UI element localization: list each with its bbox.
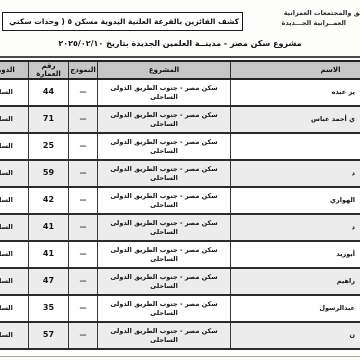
document-title: كشف الفائزين بالقرعة العلنية اليدوية مسك… bbox=[9, 17, 239, 26]
project-line1: سكن مصر - جنوب الطريق الدولى bbox=[98, 300, 230, 309]
table-body: يز عبده سكن مصر - جنوب الطريق الدولى الس… bbox=[0, 79, 360, 349]
column-header-project: المشروع bbox=[98, 61, 231, 79]
project-line2: الساحلى bbox=[98, 282, 230, 291]
table-row: يز عبده سكن مصر - جنوب الطريق الدولى الس… bbox=[0, 79, 360, 106]
winner-name-cell: ي أحمد عباس bbox=[231, 106, 360, 133]
project-line1: سكن مصر - جنوب الطريق الدولى bbox=[98, 219, 230, 228]
floor-cell: السا bbox=[0, 187, 29, 214]
project-cell: سكن مصر - جنوب الطريق الدولى الساحلى bbox=[98, 106, 231, 133]
project-line1: سكن مصر - جنوب الطريق الدولى bbox=[98, 273, 230, 282]
column-header-name: الاسم bbox=[231, 61, 360, 79]
table-row: أبوزيد سكن مصر - جنوب الطريق الدولى السا… bbox=[0, 241, 360, 268]
floor-cell: السا bbox=[0, 106, 29, 133]
table-row: سكن مصر - جنوب الطريق الدولى الساحلى — 2… bbox=[0, 133, 360, 160]
project-cell: سكن مصر - جنوب الطريق الدولى الساحلى bbox=[98, 214, 231, 241]
model-cell: — bbox=[69, 268, 98, 295]
project-cell: سكن مصر - جنوب الطريق الدولى الساحلى bbox=[98, 187, 231, 214]
floor-cell: السا bbox=[0, 322, 29, 349]
column-header-building: رقم العمارة bbox=[29, 61, 69, 79]
org-name-line1: افق والمجتمعات العمرانية bbox=[284, 9, 360, 17]
model-cell: — bbox=[69, 295, 98, 322]
building-number-cell: 71 bbox=[29, 106, 69, 133]
table-row: د سكن مصر - جنوب الطريق الدولى الساحلى —… bbox=[0, 160, 360, 187]
floor-cell: السا bbox=[0, 79, 29, 106]
table-row: ن سكن مصر - جنوب الطريق الدولى الساحلى —… bbox=[0, 322, 360, 349]
table-row: راهيم سكن مصر - جنوب الطريق الدولى الساح… bbox=[0, 268, 360, 295]
model-cell: — bbox=[69, 241, 98, 268]
project-cell: سكن مصر - جنوب الطريق الدولى الساحلى bbox=[98, 322, 231, 349]
model-cell: — bbox=[69, 79, 98, 106]
floor-cell: السا bbox=[0, 214, 29, 241]
project-line1: سكن مصر - جنوب الطريق الدولى bbox=[98, 84, 230, 93]
project-line2: الساحلى bbox=[98, 120, 230, 129]
project-line1: سكن مصر - جنوب الطريق الدولى bbox=[98, 327, 230, 336]
model-cell: — bbox=[69, 106, 98, 133]
project-line2: الساحلى bbox=[98, 228, 230, 237]
model-cell: — bbox=[69, 160, 98, 187]
winner-name-cell: يز عبده bbox=[231, 79, 360, 106]
project-line2: الساحلى bbox=[98, 93, 230, 102]
table-row: د سكن مصر - جنوب الطريق الدولى الساحلى —… bbox=[0, 214, 360, 241]
model-cell: — bbox=[69, 322, 98, 349]
project-line2: الساحلى bbox=[98, 309, 230, 318]
column-header-floor: الدور bbox=[0, 61, 29, 79]
page-bottom-rule bbox=[0, 356, 360, 357]
building-number-cell: 41 bbox=[29, 214, 69, 241]
project-subtitle: مشروع سكن مصر - مدينــة العلمين الجديدة … bbox=[0, 39, 360, 58]
project-cell: سكن مصر - جنوب الطريق الدولى الساحلى bbox=[98, 268, 231, 295]
building-number-cell: 35 bbox=[29, 295, 69, 322]
document-title-box: كشف الفائزين بالقرعة العلنية اليدوية مسك… bbox=[2, 12, 243, 31]
project-cell: سكن مصر - جنوب الطريق الدولى الساحلى bbox=[98, 160, 231, 187]
model-cell: — bbox=[69, 187, 98, 214]
floor-cell: السا bbox=[0, 133, 29, 160]
project-line1: سكن مصر - جنوب الطريق الدولى bbox=[98, 165, 230, 174]
winner-name-cell: د bbox=[231, 214, 360, 241]
building-number-cell: 25 bbox=[29, 133, 69, 160]
project-line1: سكن مصر - جنوب الطريق الدولى bbox=[98, 111, 230, 120]
building-number-cell: 44 bbox=[29, 79, 69, 106]
winner-name-cell: عبدالرسول bbox=[231, 295, 360, 322]
project-cell: سكن مصر - جنوب الطريق الدولى الساحلى bbox=[98, 241, 231, 268]
scanned-document-page: { "org": { "line1": "افق والمجتمعات العم… bbox=[0, 0, 360, 360]
project-line2: الساحلى bbox=[98, 201, 230, 210]
building-number-cell: 57 bbox=[29, 322, 69, 349]
project-line1: سكن مصر - جنوب الطريق الدولى bbox=[98, 246, 230, 255]
floor-cell: السا bbox=[0, 268, 29, 295]
winner-name-cell bbox=[231, 133, 360, 160]
model-cell: — bbox=[69, 133, 98, 160]
project-line2: الساحلى bbox=[98, 336, 230, 345]
building-number-cell: 59 bbox=[29, 160, 69, 187]
winners-table: الاسم المشروع النموذج رقم العمارة الدور … bbox=[0, 60, 360, 350]
project-line2: الساحلى bbox=[98, 255, 230, 264]
floor-cell: السا bbox=[0, 160, 29, 187]
model-cell: — bbox=[69, 214, 98, 241]
winner-name-cell: د bbox=[231, 160, 360, 187]
table-header-row: الاسم المشروع النموذج رقم العمارة الدور bbox=[0, 61, 360, 79]
project-line2: الساحلى bbox=[98, 147, 230, 156]
table-row: عبدالرسول سكن مصر - جنوب الطريق الدولى ا… bbox=[0, 295, 360, 322]
winner-name-cell: أبوزيد bbox=[231, 241, 360, 268]
project-cell: سكن مصر - جنوب الطريق الدولى الساحلى bbox=[98, 79, 231, 106]
project-cell: سكن مصر - جنوب الطريق الدولى الساحلى bbox=[98, 133, 231, 160]
project-line1: سكن مصر - جنوب الطريق الدولى bbox=[98, 192, 230, 201]
project-line2: الساحلى bbox=[98, 174, 230, 183]
floor-cell: السا bbox=[0, 295, 29, 322]
table-row: الهواري سكن مصر - جنوب الطريق الدولى الس… bbox=[0, 187, 360, 214]
org-name-line2: العمــرانية الجـــديدة bbox=[281, 19, 346, 27]
winner-name-cell: الهواري bbox=[231, 187, 360, 214]
project-cell: سكن مصر - جنوب الطريق الدولى الساحلى bbox=[98, 295, 231, 322]
building-number-cell: 42 bbox=[29, 187, 69, 214]
floor-cell: السا bbox=[0, 241, 29, 268]
winner-name-cell: ن bbox=[231, 322, 360, 349]
column-header-model: النموذج bbox=[69, 61, 98, 79]
project-line1: سكن مصر - جنوب الطريق الدولى bbox=[98, 138, 230, 147]
table-row: ي أحمد عباس سكن مصر - جنوب الطريق الدولى… bbox=[0, 106, 360, 133]
building-number-cell: 41 bbox=[29, 241, 69, 268]
building-number-cell: 47 bbox=[29, 268, 69, 295]
winner-name-cell: راهيم bbox=[231, 268, 360, 295]
